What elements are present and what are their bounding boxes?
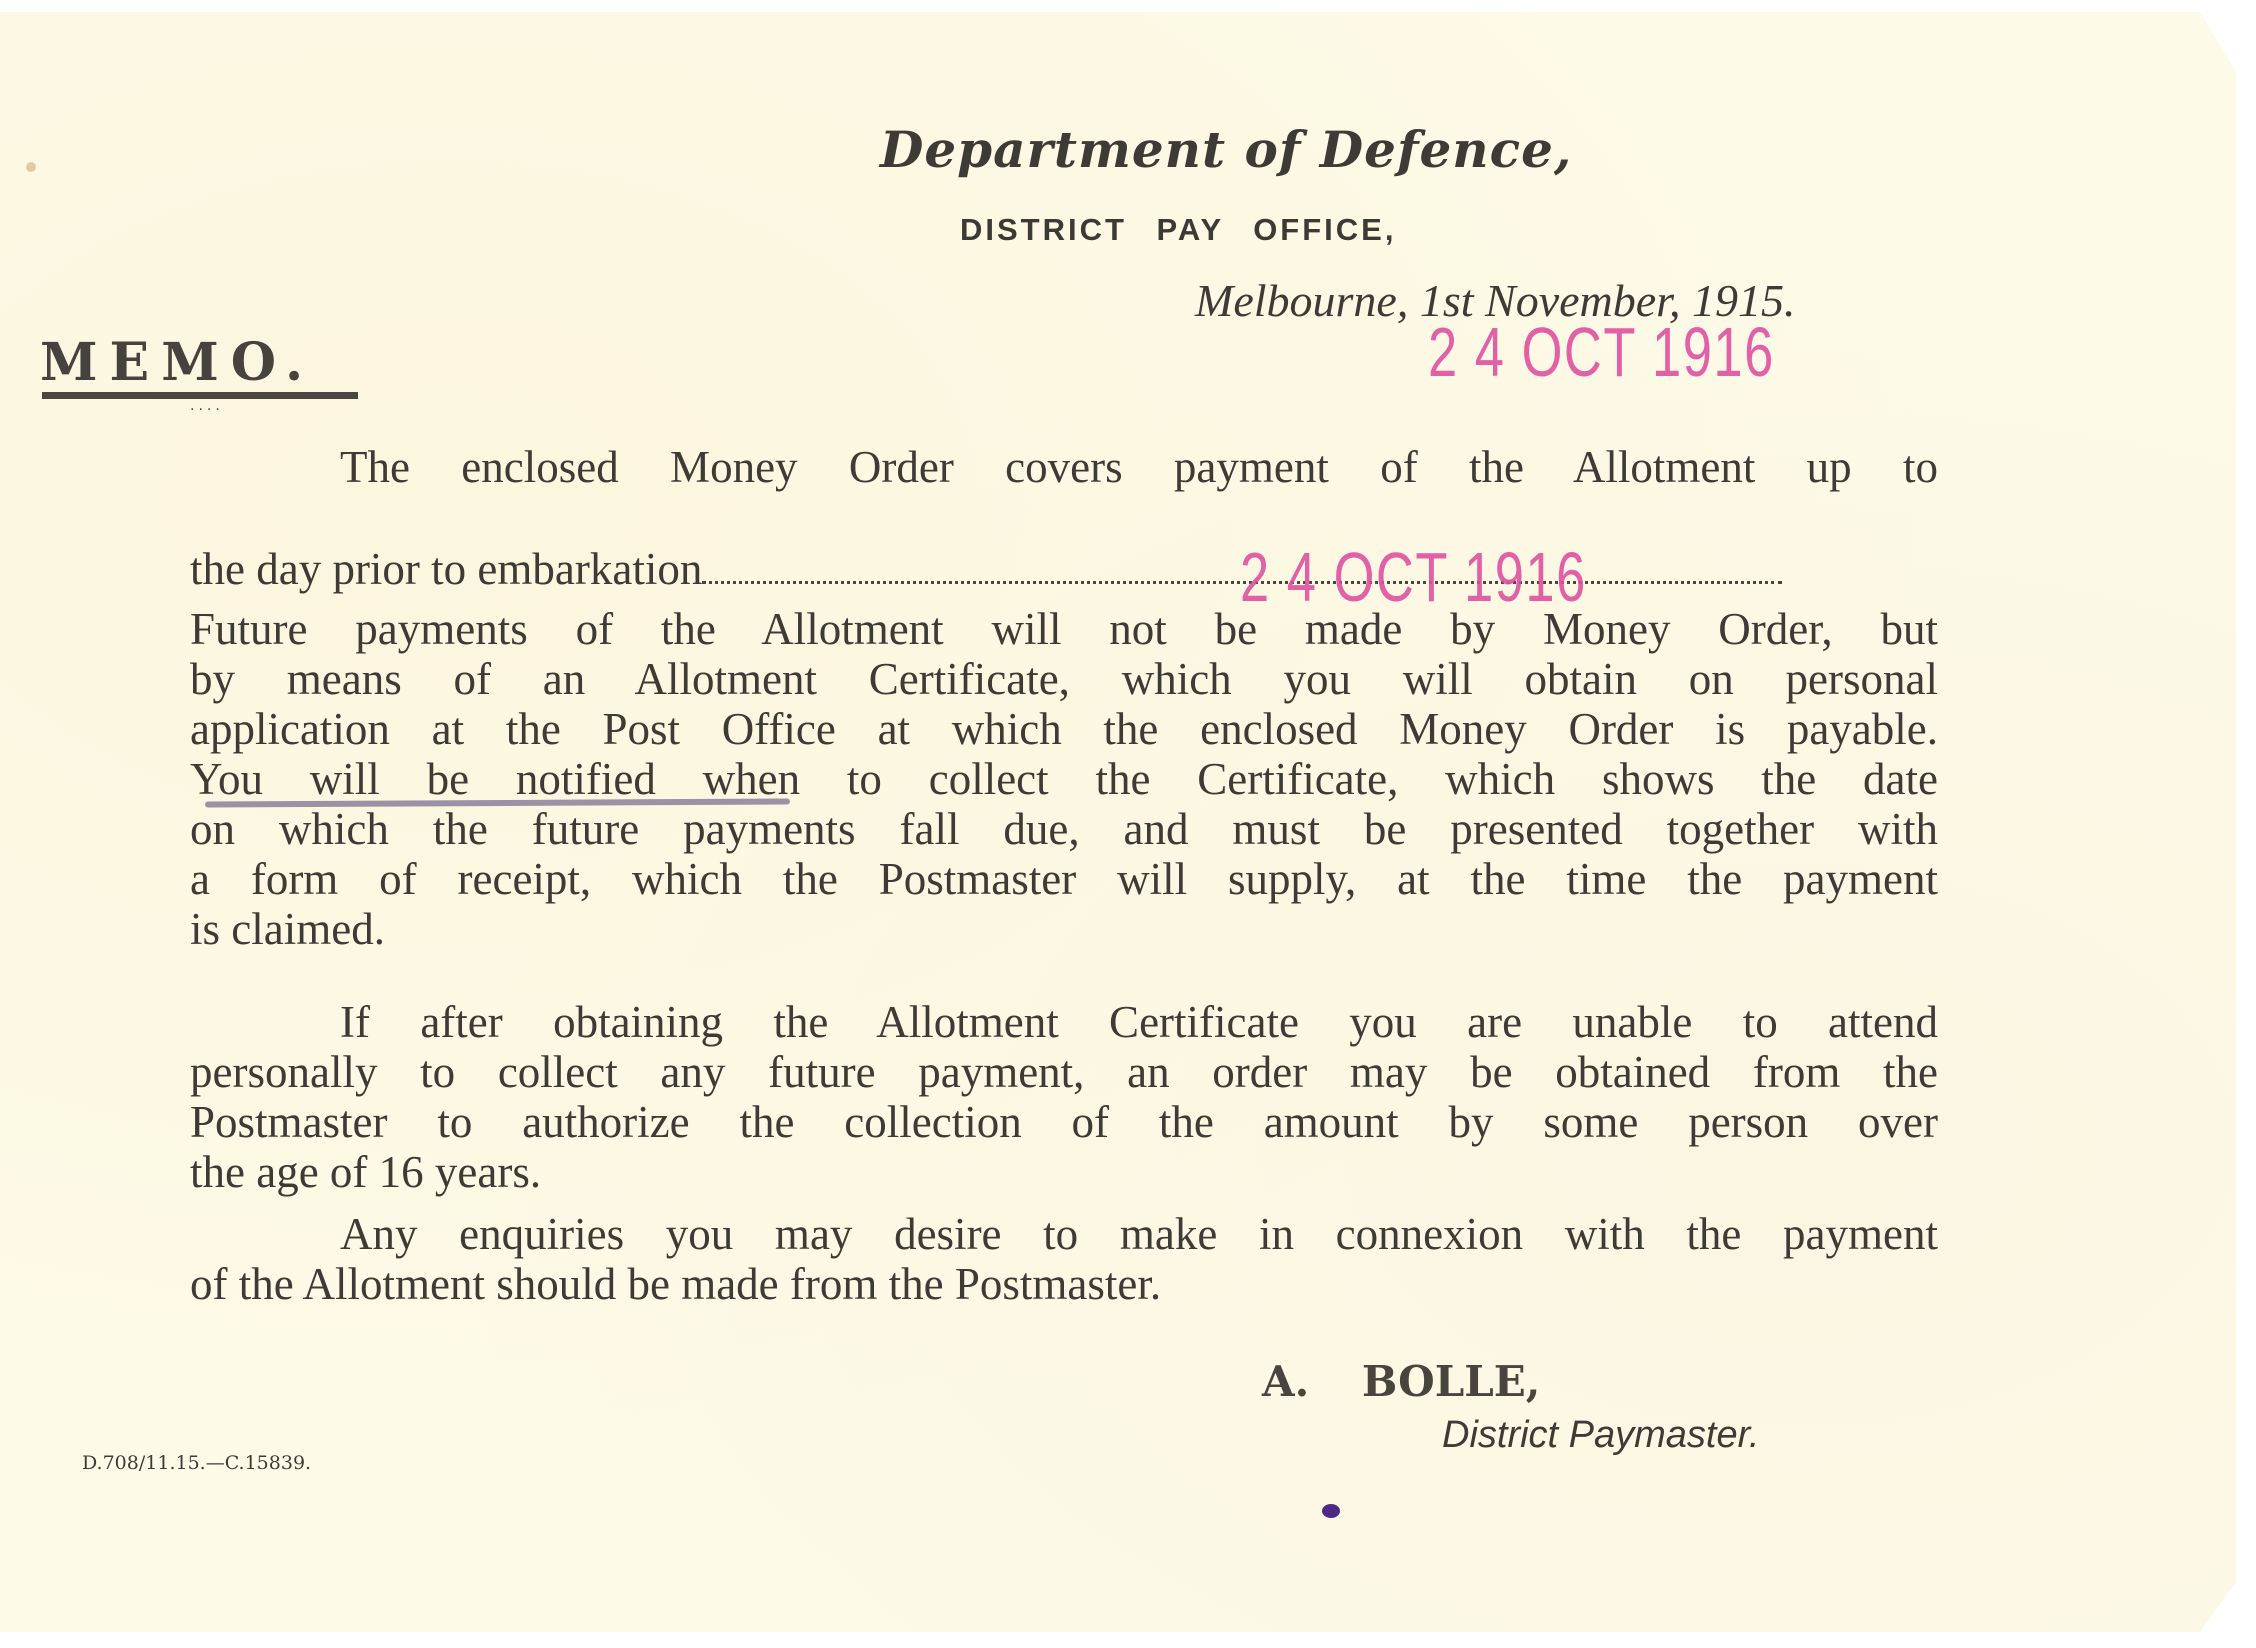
body-line: Any enquiries you may desire to make in … (190, 1209, 1938, 1259)
body-line: The enclosed Money Order covers payment … (190, 442, 1938, 492)
body-line: You will be notified when to collect the… (190, 754, 1938, 804)
form-reference: D.708/11.15.—C.15839. (82, 1452, 311, 1474)
letterhead-office: DISTRICT PAY OFFICE, (960, 212, 1396, 248)
letterhead-department: Department of Defence, (880, 120, 1572, 179)
paragraph-1-line-2: the day prior to embarkation (190, 544, 1938, 594)
signatory-name: A. BOLLE, (1262, 1357, 1540, 1406)
ink-blot (1322, 1504, 1340, 1518)
body-line: the age of 16 years. (190, 1147, 1938, 1197)
body-line: Postmaster to authorize the collection o… (190, 1097, 1938, 1147)
date-stamp-top: 2 4 OCT 1916 (1428, 312, 1775, 392)
body-line: Future payments of the Allotment will no… (190, 604, 1938, 654)
body-line: by means of an Allotment Certificate, wh… (190, 654, 1938, 704)
memo-heading: MEMO. (40, 332, 315, 393)
body-line: is claimed. (190, 904, 1938, 954)
body-line: personally to collect any future payment… (190, 1047, 1938, 1097)
paragraph-3: Any enquiries you may desire to make in … (190, 1209, 1938, 1309)
body-line: on which the future payments fall due, a… (190, 804, 1938, 854)
paragraph-2: If after obtaining the Allotment Certifi… (190, 997, 1938, 1197)
memo-document: Department of Defence, DISTRICT PAY OFFI… (0, 12, 2236, 1632)
signatory-title: District Paymaster. (1442, 1414, 1759, 1457)
body-line: of the Allotment should be made from the… (190, 1259, 1938, 1309)
body-line: a form of receipt, which the Postmaster … (190, 854, 1938, 904)
paragraph-1-continuation: Future payments of the Allotment will no… (190, 604, 1938, 954)
paragraph-1-line-1: The enclosed Money Order covers payment … (190, 442, 1938, 492)
paper-stain (26, 162, 36, 172)
memo-dots: .... (190, 398, 224, 414)
body-line: If after obtaining the Allotment Certifi… (190, 997, 1938, 1047)
body-line: application at the Post Office at which … (190, 704, 1938, 754)
embarkation-label: the day prior to embarkation (190, 544, 702, 594)
